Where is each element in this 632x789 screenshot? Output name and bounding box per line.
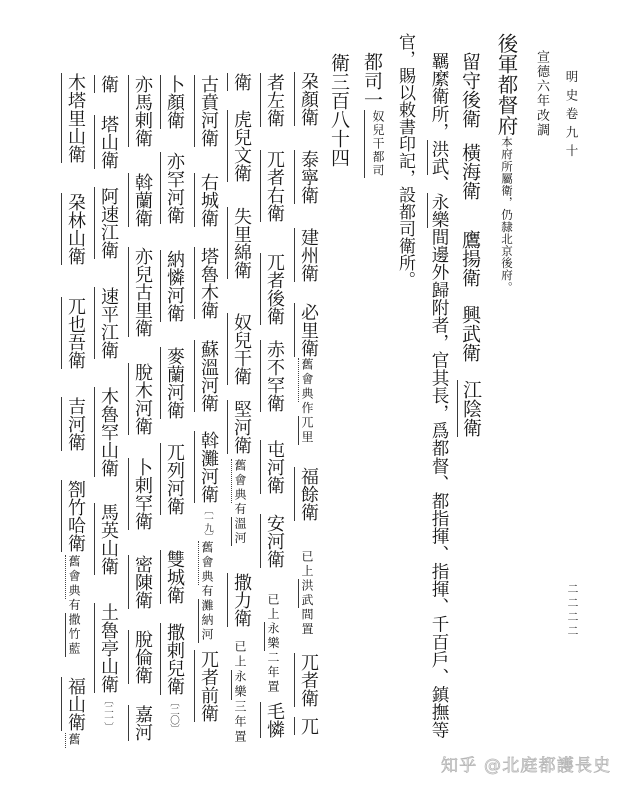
guard-entry: 福餘衛 (294, 467, 321, 521)
proper-name-mark: 溫河 (231, 517, 247, 546)
guard-list-column-3: 衛 虎兒文衛 失里綿衛 奴兒干衛 堅河衛 舊會典有溫河 撒力衛 已上永樂三年置 (227, 0, 253, 789)
guard-entry-fragment: 兀 (294, 717, 321, 735)
guard-list-column-5: 卜顏衛 亦罕河衛 納憐河衛 麥蘭河衛 兀列河衛 雙城衛 撒剌兒衛 〔二〇〕 (160, 0, 186, 789)
era-name-mark: 永樂 (427, 193, 449, 228)
book-title-mark: 舊會典 (198, 541, 214, 585)
guard-entry: 速平江衛 (94, 287, 121, 359)
collation-reference: 〔二〇〕 (160, 697, 186, 733)
guard-entry: 興武衛 (457, 305, 483, 362)
dusi-name: 奴兒干都司 (364, 110, 391, 178)
guard-entry: 兀者衛 (294, 653, 321, 707)
note-text: 已上 (266, 593, 280, 622)
guard-entry: 右城衛 (194, 173, 221, 227)
book-title-mark: 舊會典 (298, 358, 314, 402)
guard-entry: 脫木河衛 (128, 363, 155, 435)
guard-entry: 建州衛 (294, 228, 321, 282)
guard-entry: 亦罕河衛 (160, 152, 187, 224)
note-text: 已上 (233, 640, 247, 670)
intro-text: 、 (429, 175, 449, 193)
note-text: 已上 (300, 550, 314, 579)
guard-entry: 江陰衛 (457, 380, 484, 437)
guard-entry: 亦馬剌衛 (128, 75, 155, 147)
guard-entry: 堅河衛 (227, 400, 254, 454)
guard-list-column-2: 者左衛 兀者右衛 兀者後衛 赤不罕衛 屯河衛 安河衛 已上永樂二年置 毛憐 (260, 0, 286, 789)
guard-entry: 木魯罕山衛 (94, 387, 121, 477)
proper-name-mark: 兀里 (298, 416, 314, 445)
book-title-mark: 舊會典 (231, 459, 247, 503)
guard-entry: 赤不罕衛 (260, 340, 287, 412)
dusi-count: 都司一 (359, 52, 385, 109)
guard-entry: 土魯亭山衛 (94, 603, 121, 693)
era-name-mark: 洪武 (298, 579, 314, 608)
guard-entry-fragment: 衛 (227, 73, 254, 91)
guard-list-column-1: 朶顏衛 泰寧衛 建州衛 必里衛 舊會典作兀里 福餘衛 已上洪武間置 兀者衛 兀 (294, 0, 320, 789)
note-text: 作 (300, 402, 314, 417)
guard-entry: 屯河衛 (260, 440, 287, 494)
guard-entry-fragment: 者左衛 (260, 73, 287, 127)
guard-entry: 福山衛 (61, 677, 88, 731)
collation-reference: 〔一九〕 (202, 505, 213, 541)
summary-note: 已上永樂二年置 (260, 593, 286, 695)
collation-note: 舊會典作兀里 (294, 358, 320, 445)
guard-entry: 必里衛 (294, 303, 321, 357)
collation-note: 舊會典有溫河 (227, 459, 253, 546)
guard-entry: 麥蘭河衛 (160, 347, 187, 419)
guard-entry: 脫倫衛 (128, 630, 155, 684)
scanned-book-page: 明史卷九十 二二二二 宣德六年改調 後軍都督府 本府所屬衛，仍隸北京後府。 留守… (0, 0, 632, 789)
era-name-mark: 永樂 (264, 622, 280, 651)
guard-entry: 卜顏衛 (160, 75, 187, 129)
collation-note: 舊會典有撒竹藍 (61, 555, 87, 657)
summary-note: 已上永樂三年置 (227, 640, 253, 745)
book-title-mark: 舊會典 (65, 555, 81, 599)
intro-text: 羈縻衛所， (429, 52, 449, 140)
guard-entry: 奴兒干衛 (227, 313, 254, 385)
note-text: 間置 (300, 608, 314, 637)
note-text: 有 (200, 585, 214, 600)
guard-list-column-6: 亦馬剌衛 斡蘭衛 亦兒古里衛 脫木河衛 卜剌罕衛 密陳衛 脫倫衛 嘉河 (128, 0, 154, 789)
collation-reference: 〔二一〕 (94, 695, 120, 731)
houjun-guard-list: 留守後衛 橫海衛 鷹揚衛 興武衛 江陰衛 (457, 0, 483, 789)
guard-entry: 木塔里山衛 (61, 73, 88, 163)
guard-entry: 斡蘭衛 (128, 173, 155, 227)
guard-list-column-8: 木塔里山衛 朶林山衛 兀也吾衛 吉河衛 劄竹哈衛 舊會典有撒竹藍 福山衛 舊 (61, 0, 87, 789)
guard-entry: 古賁河衛 (194, 75, 221, 147)
era-name-mark: 洪武 (427, 140, 449, 175)
guard-entry: 雙城衛 (160, 550, 187, 604)
guard-entry: 吉河衛 (61, 397, 88, 451)
summary-note: 已上洪武間置 (294, 550, 320, 637)
guard-entry: 撒剌兒衛 (160, 623, 187, 695)
guard-entry: 阿速江衛 (94, 187, 121, 259)
guard-entry: 塔魯木衛 (194, 247, 221, 319)
collation-note: 舊 (61, 733, 87, 748)
note-text: 有 (67, 599, 81, 614)
proper-name-mark: 撒竹藍 (65, 613, 81, 657)
watermark: 知乎 @北庭都護長史 (441, 751, 611, 776)
guard-entry: 亦兒古里衛 (128, 247, 155, 337)
guard-entry: 撒力衛 (227, 573, 254, 627)
proper-name-mark: 灘納河 (198, 599, 214, 643)
margin-note: 宣德六年改調 (528, 50, 554, 138)
guard-entry-fragment: 毛憐 (260, 702, 287, 738)
guard-entry: 鷹揚衛 (457, 230, 483, 287)
guard-list-column-4: 古賁河衛 右城衛 塔魯木衛 蘇溫河衛 斡灘河衛 〔一九〕舊會典有灘納河 兀者前衛 (194, 0, 220, 789)
guard-entry: 劄竹哈衛 (61, 480, 88, 552)
guard-entry: 兀也吾衛 (61, 297, 88, 369)
note-text: 有 (233, 503, 247, 518)
section-heading: 後軍都督府 (493, 33, 519, 136)
guard-entry-fragment: 嘉河 (128, 705, 155, 741)
section-annotation: 本府所屬衛，仍隸北京後府。 (494, 136, 520, 293)
jimi-intro-line-1: 羈縻衛所，洪武、永樂間邊外歸附者，官其長，爲都督、都指揮、指揮、千百戶、鎮撫等 (426, 52, 452, 738)
guard-entry: 蘇溫河衛 (194, 340, 221, 412)
guard-entry: 兀者右衛 (260, 150, 287, 222)
guard-entry: 兀者後衛 (260, 253, 287, 325)
guard-entry: 兀者前衛 (194, 650, 221, 722)
guard-entry: 納憐河衛 (160, 250, 187, 322)
jimi-intro-line-2: 官，賜以敕書印記，設都司衛所。 (392, 33, 418, 288)
guard-entry: 卜剌罕衛 (128, 458, 155, 530)
intro-text: 間邊外歸附者，官其長，爲都督、都指揮、指揮、千百戶、鎮撫等 (429, 228, 449, 738)
book-title-mark: 舊 (65, 733, 81, 748)
guard-entry: 塔山衛 (94, 115, 121, 169)
collation-note: 〔一九〕舊會典有灘納河 (194, 505, 220, 643)
running-header: 明史卷九十 (558, 70, 584, 163)
wei-count: 衛三百八十四 (326, 53, 352, 167)
guard-entry: 失里綿衛 (227, 207, 254, 279)
page-number: 二二二二 (559, 583, 585, 639)
guard-entry: 斡灘河衛 (194, 431, 221, 503)
guard-entry: 留守後衛 (457, 52, 483, 128)
guard-entry: 朶顏衛 (294, 72, 321, 126)
guard-entry: 虎兒文衛 (227, 110, 254, 182)
guard-list-column-7: 衛 塔山衛 阿速江衛 速平江衛 木魯罕山衛 馬英山衛 土魯亭山衛 〔二一〕 (94, 0, 120, 789)
guard-entry: 兀列河衛 (160, 443, 187, 515)
guard-entry-fragment: 衛 (94, 75, 121, 93)
guard-entry: 橫海衛 (457, 143, 483, 200)
guard-entry: 馬英山衛 (94, 503, 121, 575)
guard-entry: 泰寧衛 (294, 150, 321, 204)
era-name-mark: 永樂 (231, 670, 247, 700)
guard-entry: 朶林山衛 (61, 193, 88, 265)
note-text: 二年置 (266, 651, 280, 695)
note-text: 三年置 (233, 700, 247, 745)
guard-entry: 密陳衛 (128, 555, 155, 609)
guard-entry: 安河衛 (260, 514, 287, 568)
